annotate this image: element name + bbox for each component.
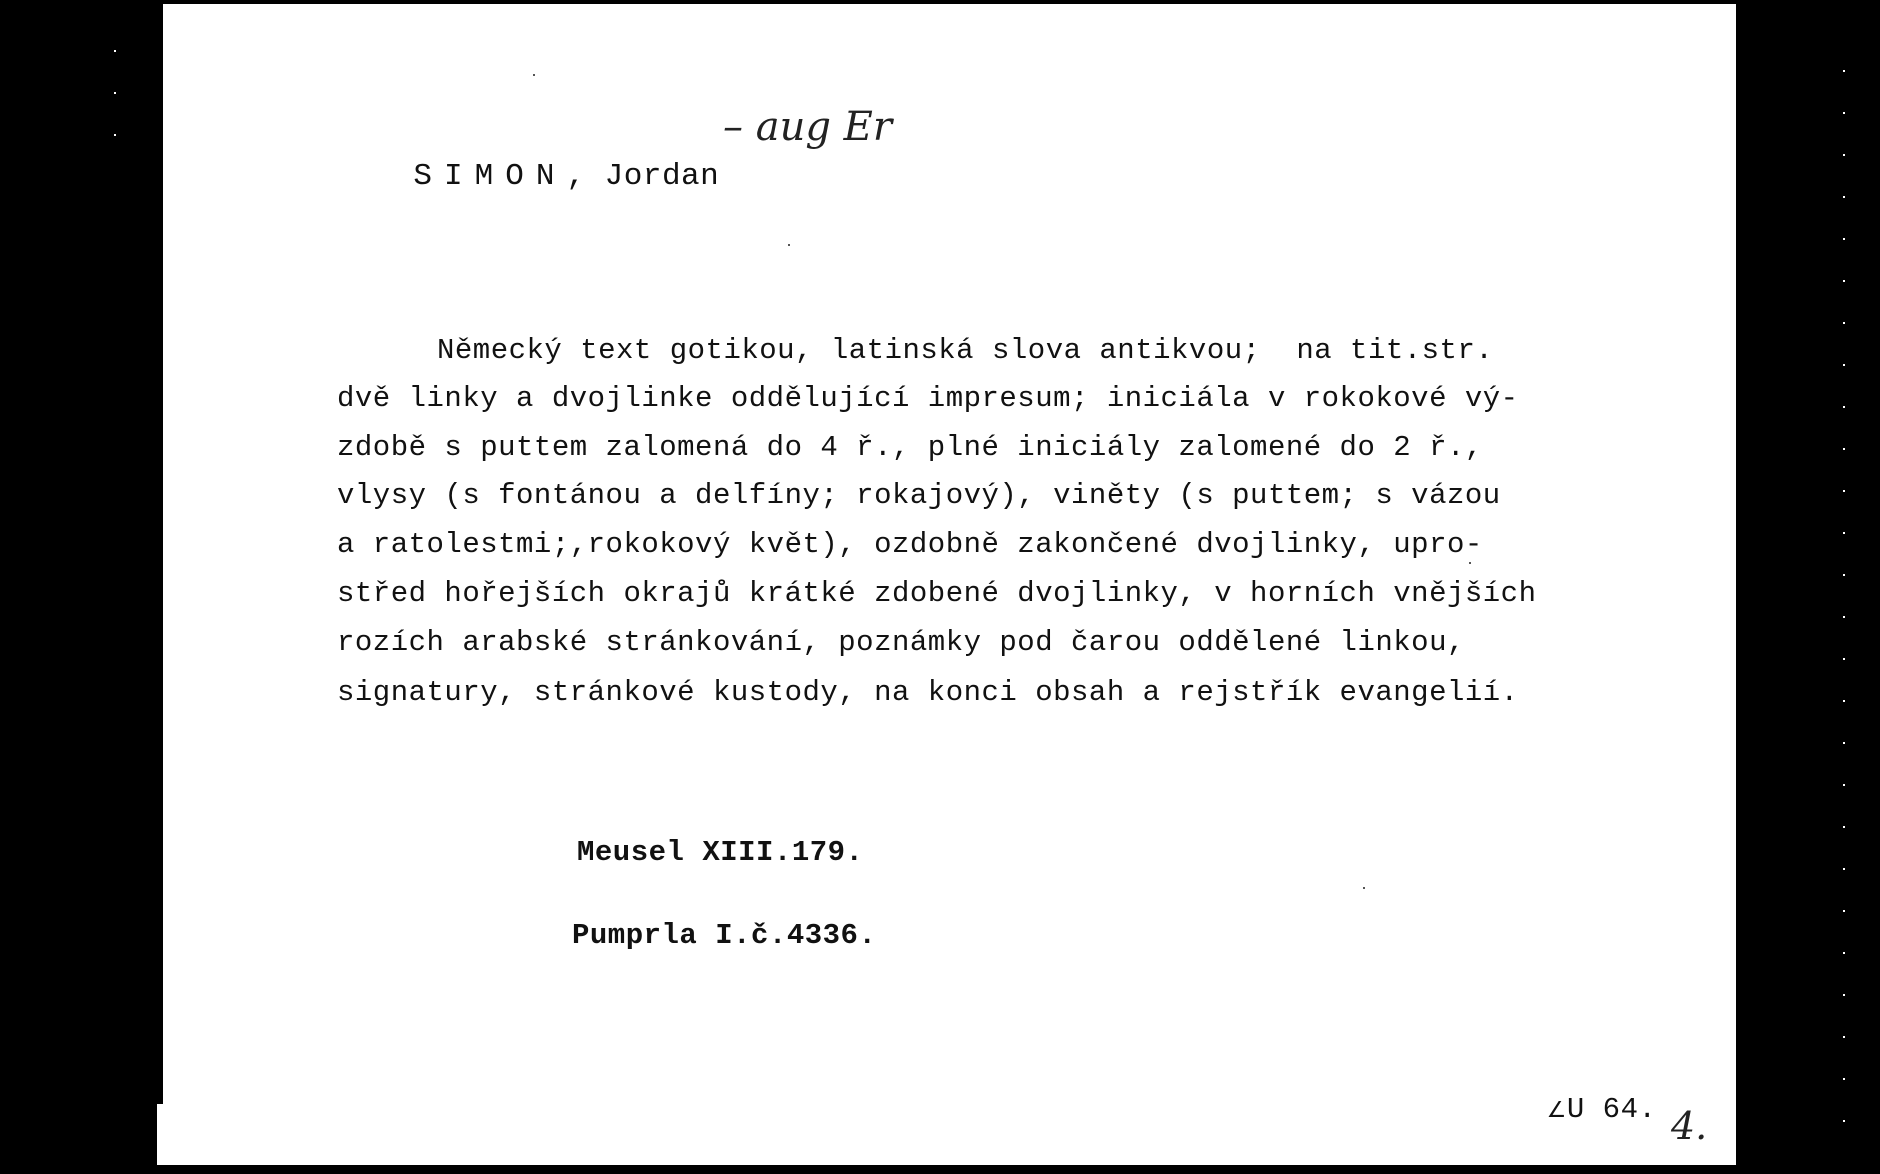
card-edge xyxy=(157,1104,163,1165)
handwritten-annotation: – aug Er xyxy=(723,104,892,150)
description-line: zdobě s puttem zalomená do 4 ř., plné in… xyxy=(337,431,1483,464)
speck xyxy=(1363,887,1365,889)
speck xyxy=(1469,562,1471,564)
author-given-name: , Jordan xyxy=(566,159,719,194)
shelf-mark-value: U 64. xyxy=(1567,1093,1657,1126)
speck xyxy=(533,74,535,76)
scan-noise xyxy=(1843,30,1845,1130)
scan-noise xyxy=(114,10,116,170)
reference-meusel: Meusel XIII.179. xyxy=(577,836,863,869)
handwritten-card-number: 4. xyxy=(1671,1104,1707,1148)
catalog-card: SIMON, Jordan – aug Er Německý text goti… xyxy=(163,4,1736,1165)
reference-pumprla: Pumprla I.č.4336. xyxy=(572,919,876,952)
card-heading: SIMON, Jordan xyxy=(337,124,719,229)
shelf-mark: ∠U 64. xyxy=(1475,1060,1656,1159)
author-surname: SIMON xyxy=(413,159,566,194)
description-line: Německý text gotikou, latinská slova ant… xyxy=(437,334,1493,367)
speck xyxy=(788,244,790,246)
description-line: a ratolestmi;,rokokový květ), ozdobně za… xyxy=(337,528,1483,561)
description-line: rozích arabské stránkování, poznámky pod… xyxy=(337,626,1465,659)
description-line: vlysy (s fontánou a delfíny; rokajový), … xyxy=(337,479,1501,512)
description-line: střed hořejších okrajů krátké zdobené dv… xyxy=(337,577,1537,610)
description-line: dvě linky a dvojlinke oddělující impresu… xyxy=(337,382,1519,415)
description-line: signatury, stránkové kustody, na konci o… xyxy=(337,676,1519,709)
angle-mark-icon: ∠ xyxy=(1547,1098,1567,1123)
